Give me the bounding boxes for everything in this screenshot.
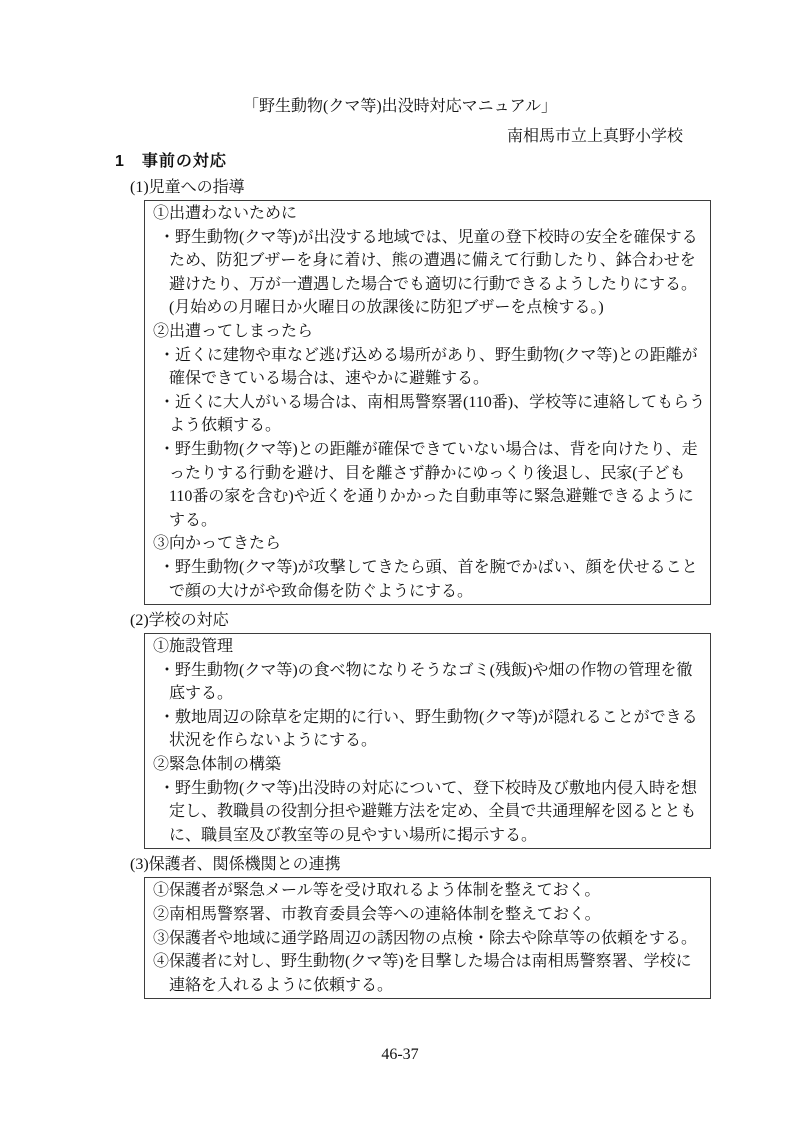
content-box-school-response: ①施設管理 ・野生動物(クマ等)の食べ物になりそうなゴミ(残飯)や畑の作物の管理… — [144, 633, 711, 849]
item-label: ③向かってきたら — [149, 532, 706, 556]
subsection-heading-parent-cooperation: (3)保護者、関係機関との連携 — [130, 853, 800, 877]
bullet-item: ・野生動物(クマ等)との距離が確保できていない場合は、背を向けたり、走ったりする… — [149, 438, 706, 532]
content-box-children-guidance: ①出遭わないために ・野生動物(クマ等)が出没する地域では、児童の登下校時の安全… — [144, 200, 711, 605]
bullet-item: ・野生動物(クマ等)の食べ物になりそうなゴミ(残飯)や畑の作物の管理を徹底する。 — [149, 659, 706, 706]
section-heading: 1 事前の対応 — [115, 150, 800, 174]
bullet-item: ・近くに大人がいる場合は、南相馬警察署(110番)、学校等に連絡してもらうよう依… — [149, 391, 706, 438]
bullet-item: ・野生動物(クマ等)が出没する地域では、児童の登下校時の安全を確保するため、防犯… — [149, 226, 706, 320]
document-page: 「野生動物(クマ等)出没時対応マニュアル」 南相馬市立上真野小学校 1 事前の対… — [0, 0, 800, 1132]
bullet-item: ・野生動物(クマ等)が攻撃してきたら頭、首を腕でかばい、顔を伏せることで顔の大け… — [149, 556, 706, 603]
page-title: 「野生動物(クマ等)出没時対応マニュアル」 — [0, 0, 800, 119]
item-label: ②緊急体制の構築 — [149, 753, 706, 777]
item-label: ①施設管理 — [149, 635, 706, 659]
item-label: ②出遭ってしまったら — [149, 320, 706, 344]
bullet-item: ・敷地周辺の除草を定期的に行い、野生動物(クマ等)が隠れることができる状況を作ら… — [149, 706, 706, 753]
numbered-item: ③保護者や地域に通学路周辺の誘因物の点検・除去や除草等の依頼をする。 — [149, 927, 706, 951]
content-box-parent-cooperation: ①保護者が緊急メール等を受け取れるよう体制を整えておく。 ②南相馬警察署、市教育… — [144, 877, 711, 999]
numbered-item: ②南相馬警察署、市教育委員会等への連絡体制を整えておく。 — [149, 903, 706, 927]
page-number: 46-37 — [0, 1043, 800, 1067]
bullet-item: ・近くに建物や車など逃げ込める場所があり、野生動物(クマ等)との距離が確保できて… — [149, 344, 706, 391]
numbered-item: ①保護者が緊急メール等を受け取れるよう体制を整えておく。 — [149, 879, 706, 903]
subsection-heading-school-response: (2)学校の対応 — [130, 609, 800, 633]
numbered-item: ④保護者に対し、野生動物(クマ等)を目撃した場合は南相馬警察署、学校に連絡を入れ… — [149, 950, 706, 997]
subsection-heading-children-guidance: (1)児童への指導 — [130, 176, 800, 200]
bullet-item: ・野生動物(クマ等)出没時の対応について、登下校時及び敷地内侵入時を想定し、教職… — [149, 777, 706, 848]
school-name: 南相馬市立上真野小学校 — [0, 126, 800, 148]
item-label: ①出遭わないために — [149, 202, 706, 226]
